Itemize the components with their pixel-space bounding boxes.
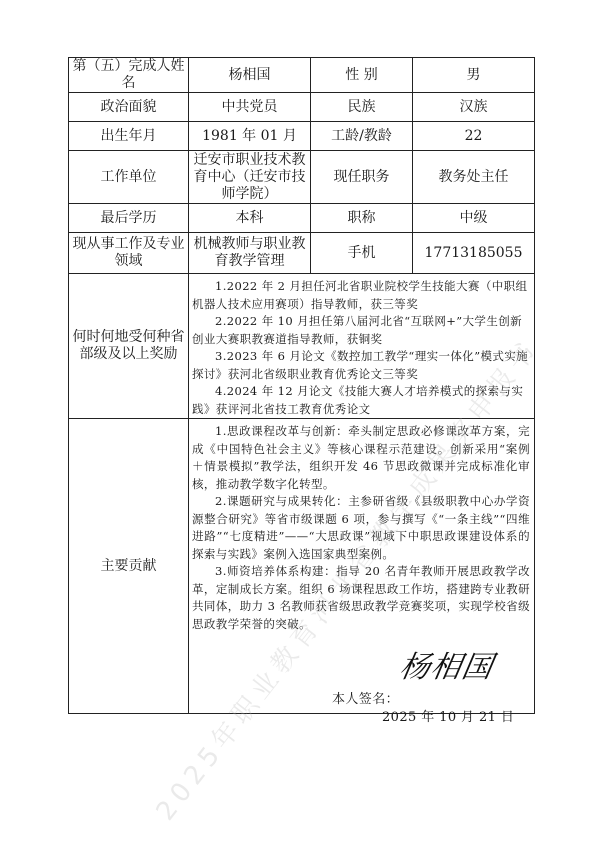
ethnicity-value: 汉族: [413, 93, 535, 122]
seniority-label: 工龄/教龄: [311, 122, 413, 151]
phone-label: 手机: [311, 233, 413, 274]
row-field-phone: 现从事工作及专业领域 机械教师与职业教育教学管理 手机 17713185055: [69, 233, 535, 274]
row-employer-position: 工作单位 迁安市职业技术教育中心（迁安市技师学院） 现任职务 教务处主任: [69, 151, 535, 204]
education-value: 本科: [189, 204, 311, 233]
name-label: 第（五）完成人姓名: [69, 58, 189, 93]
award-item: 1.2022 年 2 月担任河北省职业院校学生技能大赛（中职组机器人技术应用赛项…: [192, 278, 530, 313]
awards-label: 何时何地受何种省部级及以上奖励: [69, 274, 189, 419]
position-label: 现任职务: [311, 151, 413, 204]
ethnicity-label: 民族: [311, 93, 413, 122]
political-value: 中共党员: [189, 93, 311, 122]
award-item: 4.2024 年 12 月论文《技能大赛人才培养模式的探索与实践》获评河北省技工…: [192, 383, 530, 418]
contributions-content: 1.思政课程改革与创新：牵头制定思政必修课改革方案，完成《中国特色社会主义》等核…: [189, 419, 535, 714]
field-label: 现从事工作及专业领域: [69, 233, 189, 274]
row-contributions: 主要贡献 1.思政课程改革与创新：牵头制定思政必修课改革方案，完成《中国特色社会…: [69, 419, 535, 714]
award-item: 2.2022 年 10 月担任第八届河北省“互联网+”大学生创新创业大赛职教赛道…: [192, 313, 530, 348]
awards-content: 1.2022 年 2 月担任河北省职业院校学生技能大赛（中职组机器人技术应用赛项…: [189, 274, 535, 419]
birth-value: 1981 年 01 月: [189, 122, 311, 151]
political-label: 政治面貌: [69, 93, 189, 122]
position-value: 教务处主任: [413, 151, 535, 204]
title-value: 中级: [413, 204, 535, 233]
row-name-gender: 第（五）完成人姓名 杨相国 性 别 男: [69, 58, 535, 93]
contribution-item: 1.思政课程改革与创新：牵头制定思政必修课改革方案，完成《中国特色社会主义》等核…: [192, 423, 530, 493]
row-awards: 何时何地受何种省部级及以上奖励 1.2022 年 2 月担任河北省职业院校学生技…: [69, 274, 535, 419]
seniority-value: 22: [413, 122, 535, 151]
contribution-item: 2.课题研究与成果转化：主参研省级《县级职教中心办学资源整合研究》等省市级课题 …: [192, 493, 530, 563]
employer-value: 迁安市职业技术教育中心（迁安市技师学院）: [189, 151, 311, 204]
contribution-item: 3.师资培养体系构建：指导 20 名青年教师开展思政教学改革，定制成长方案。组织…: [192, 563, 530, 633]
employer-label: 工作单位: [69, 151, 189, 204]
phone-value: 17713185055: [413, 233, 535, 274]
contributions-label: 主要贡献: [69, 419, 189, 714]
signature-block: 本人签名： 杨相国 2025 年 10 月 21 日: [192, 653, 530, 713]
document-page: 第（五）完成人姓名 杨相国 性 别 男 政治面貌 中共党员 民族 汉族 出生年月…: [0, 0, 600, 848]
name-value: 杨相国: [189, 58, 311, 93]
row-education-title: 最后学历 本科 职称 中级: [69, 204, 535, 233]
award-item: 3.2023 年 6 月论文《数控加工教学“理实一体化”模式实施探讨》获河北省级…: [192, 348, 530, 383]
signature-date: 2025 年 10 月 21 日: [382, 709, 514, 727]
field-value: 机械教师与职业教育教学管理: [189, 233, 311, 274]
signature-label: 本人签名：: [332, 691, 399, 709]
row-political-ethnicity: 政治面貌 中共党员 民族 汉族: [69, 93, 535, 122]
education-label: 最后学历: [69, 204, 189, 233]
birth-label: 出生年月: [69, 122, 189, 151]
row-birth-seniority: 出生年月 1981 年 01 月 工龄/教龄 22: [69, 122, 535, 151]
handwritten-signature: 杨相国: [398, 659, 494, 677]
title-label: 职称: [311, 204, 413, 233]
gender-value: 男: [413, 58, 535, 93]
personnel-info-table: 第（五）完成人姓名 杨相国 性 别 男 政治面貌 中共党员 民族 汉族 出生年月…: [68, 57, 535, 714]
gender-label: 性 别: [311, 58, 413, 93]
